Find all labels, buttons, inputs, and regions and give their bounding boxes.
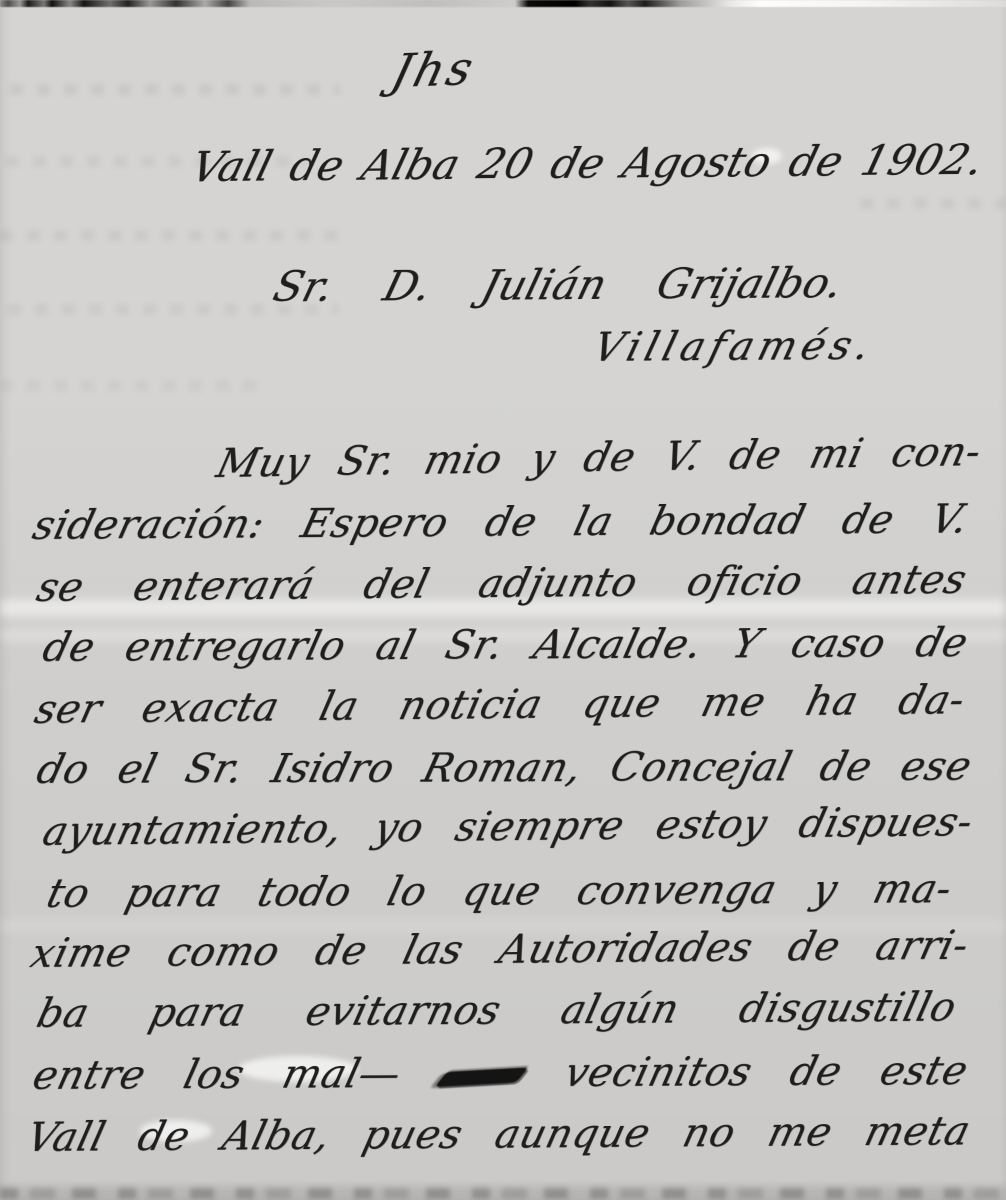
handwritten-line-8: to para todo lo que convenga y ma- <box>42 865 957 918</box>
handwritten-line-7: ayuntamiento, yo siempre estoy dispues- <box>38 798 978 856</box>
handwritten-line-4: de entregarlo al Sr. Alcalde. Y caso de <box>38 619 973 672</box>
ghost-text-row <box>10 84 340 95</box>
handwritten-line-5: ser exacta la noticia que me ha da- <box>30 676 970 734</box>
monogram-text: Jhs <box>386 41 481 99</box>
ghost-text-row <box>0 380 260 391</box>
struck-line-post: vecinitos de este <box>560 1048 973 1096</box>
handwritten-line-6: do el Sr. Isidro Roman, Concejal de ese <box>32 743 977 794</box>
scanned-letter-page: Jhs Vall de Alba 20 de Agosto de 1902. S… <box>0 0 1006 1200</box>
recipient-location: Villafamés. <box>588 322 880 372</box>
handwritten-line-10: ba para evitarnos algún disgustillo <box>32 984 961 1038</box>
handwritten-line-2: sideración: Espero de la bondad de V. <box>28 495 973 550</box>
struck-line-pre: entre los mal— <box>28 1051 405 1099</box>
handwritten-line-9: xime como de las Autoridades de arri- <box>26 922 974 978</box>
handwritten-line-3: se enterará del adjunto oficio antes <box>32 556 972 612</box>
handwritten-line-1: Muy Sr. mio y de V. de mi con- <box>212 428 986 488</box>
ink-blot-strikethrough: ——— <box>435 1067 529 1087</box>
recipient-line: Sr. D. Julián Grijalbo. <box>268 258 848 312</box>
scan-bottom-blurred-text <box>0 1188 1006 1199</box>
handwritten-line-11-struck: entre los mal— ——— vecinitos de este <box>28 1047 973 1100</box>
handwritten-line-12: Vall de Alba, pues aunque no me meta <box>22 1107 975 1162</box>
ghost-text-row <box>860 198 1006 209</box>
date-line: Vall de Alba 20 de Agosto de 1902. <box>186 135 989 192</box>
ghost-text-row <box>0 230 345 241</box>
scan-top-edge <box>0 0 1006 7</box>
